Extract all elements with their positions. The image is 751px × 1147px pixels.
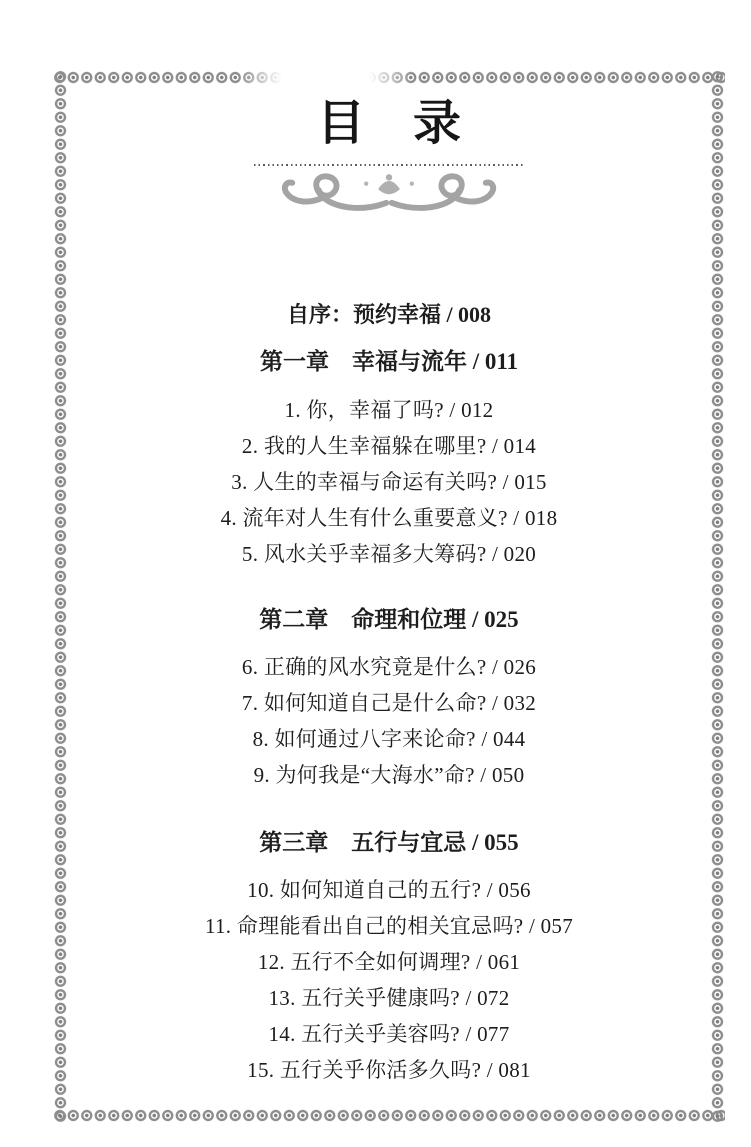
toc-entry: 7. 如何知道自己是什么命? / 032 (53, 685, 725, 721)
toc-entry: 2. 我的人生幸福躲在哪里? / 014 (53, 428, 725, 464)
page-title: 目 录 (53, 0, 725, 150)
toc-entry: 9. 为何我是“大海水”命? / 050 (53, 757, 725, 793)
toc-entry: 4. 流年对人生有什么重要意义? / 018 (53, 500, 725, 536)
chapter-heading-3: 第三章 五行与宜忌 / 055 (53, 828, 725, 858)
chapter-heading-1: 第一章 幸福与流年 / 011 (53, 347, 725, 377)
ornamental-border-bottom (53, 1108, 725, 1123)
dotted-divider (254, 164, 524, 166)
toc-entry: 3. 人生的幸福与命运有关吗? / 015 (53, 464, 725, 500)
toc-entry: 5. 风水关乎幸福多大筹码? / 020 (53, 536, 725, 572)
toc-entry: 12. 五行不全如何调理? / 061 (53, 944, 725, 980)
toc-entry: 11. 命理能看出自己的相关宜忌吗? / 057 (53, 908, 725, 944)
toc-entry: 13. 五行关乎健康吗? / 072 (53, 980, 725, 1016)
chapter-heading-2: 第二章 命理和位理 / 025 (53, 605, 725, 635)
chapter-2-entries: 6. 正确的风水究竟是什么? / 026 7. 如何知道自己是什么命? / 03… (53, 649, 725, 793)
toc-entry: 10. 如何知道自己的五行? / 056 (53, 872, 725, 908)
toc-entry: 14. 五行关乎美容吗? / 077 (53, 1016, 725, 1052)
toc-page: 目 录 自序：预约幸福 / 008 第一章 幸福与流年 / 011 1. 你，幸… (53, 0, 725, 1088)
flourish-ornament (261, 170, 517, 212)
toc-entry: 1. 你，幸福了吗? / 012 (53, 392, 725, 428)
toc-entry: 15. 五行关乎你活多久吗? / 081 (53, 1052, 725, 1088)
chapter-1-entries: 1. 你，幸福了吗? / 012 2. 我的人生幸福躲在哪里? / 014 3.… (53, 392, 725, 572)
preface-entry: 自序：预约幸福 / 008 (53, 300, 725, 330)
chapter-3-entries: 10. 如何知道自己的五行? / 056 11. 命理能看出自己的相关宜忌吗? … (53, 872, 725, 1088)
toc-entry: 6. 正确的风水究竟是什么? / 026 (53, 649, 725, 685)
toc-entry: 8. 如何通过八字来论命? / 044 (53, 721, 725, 757)
